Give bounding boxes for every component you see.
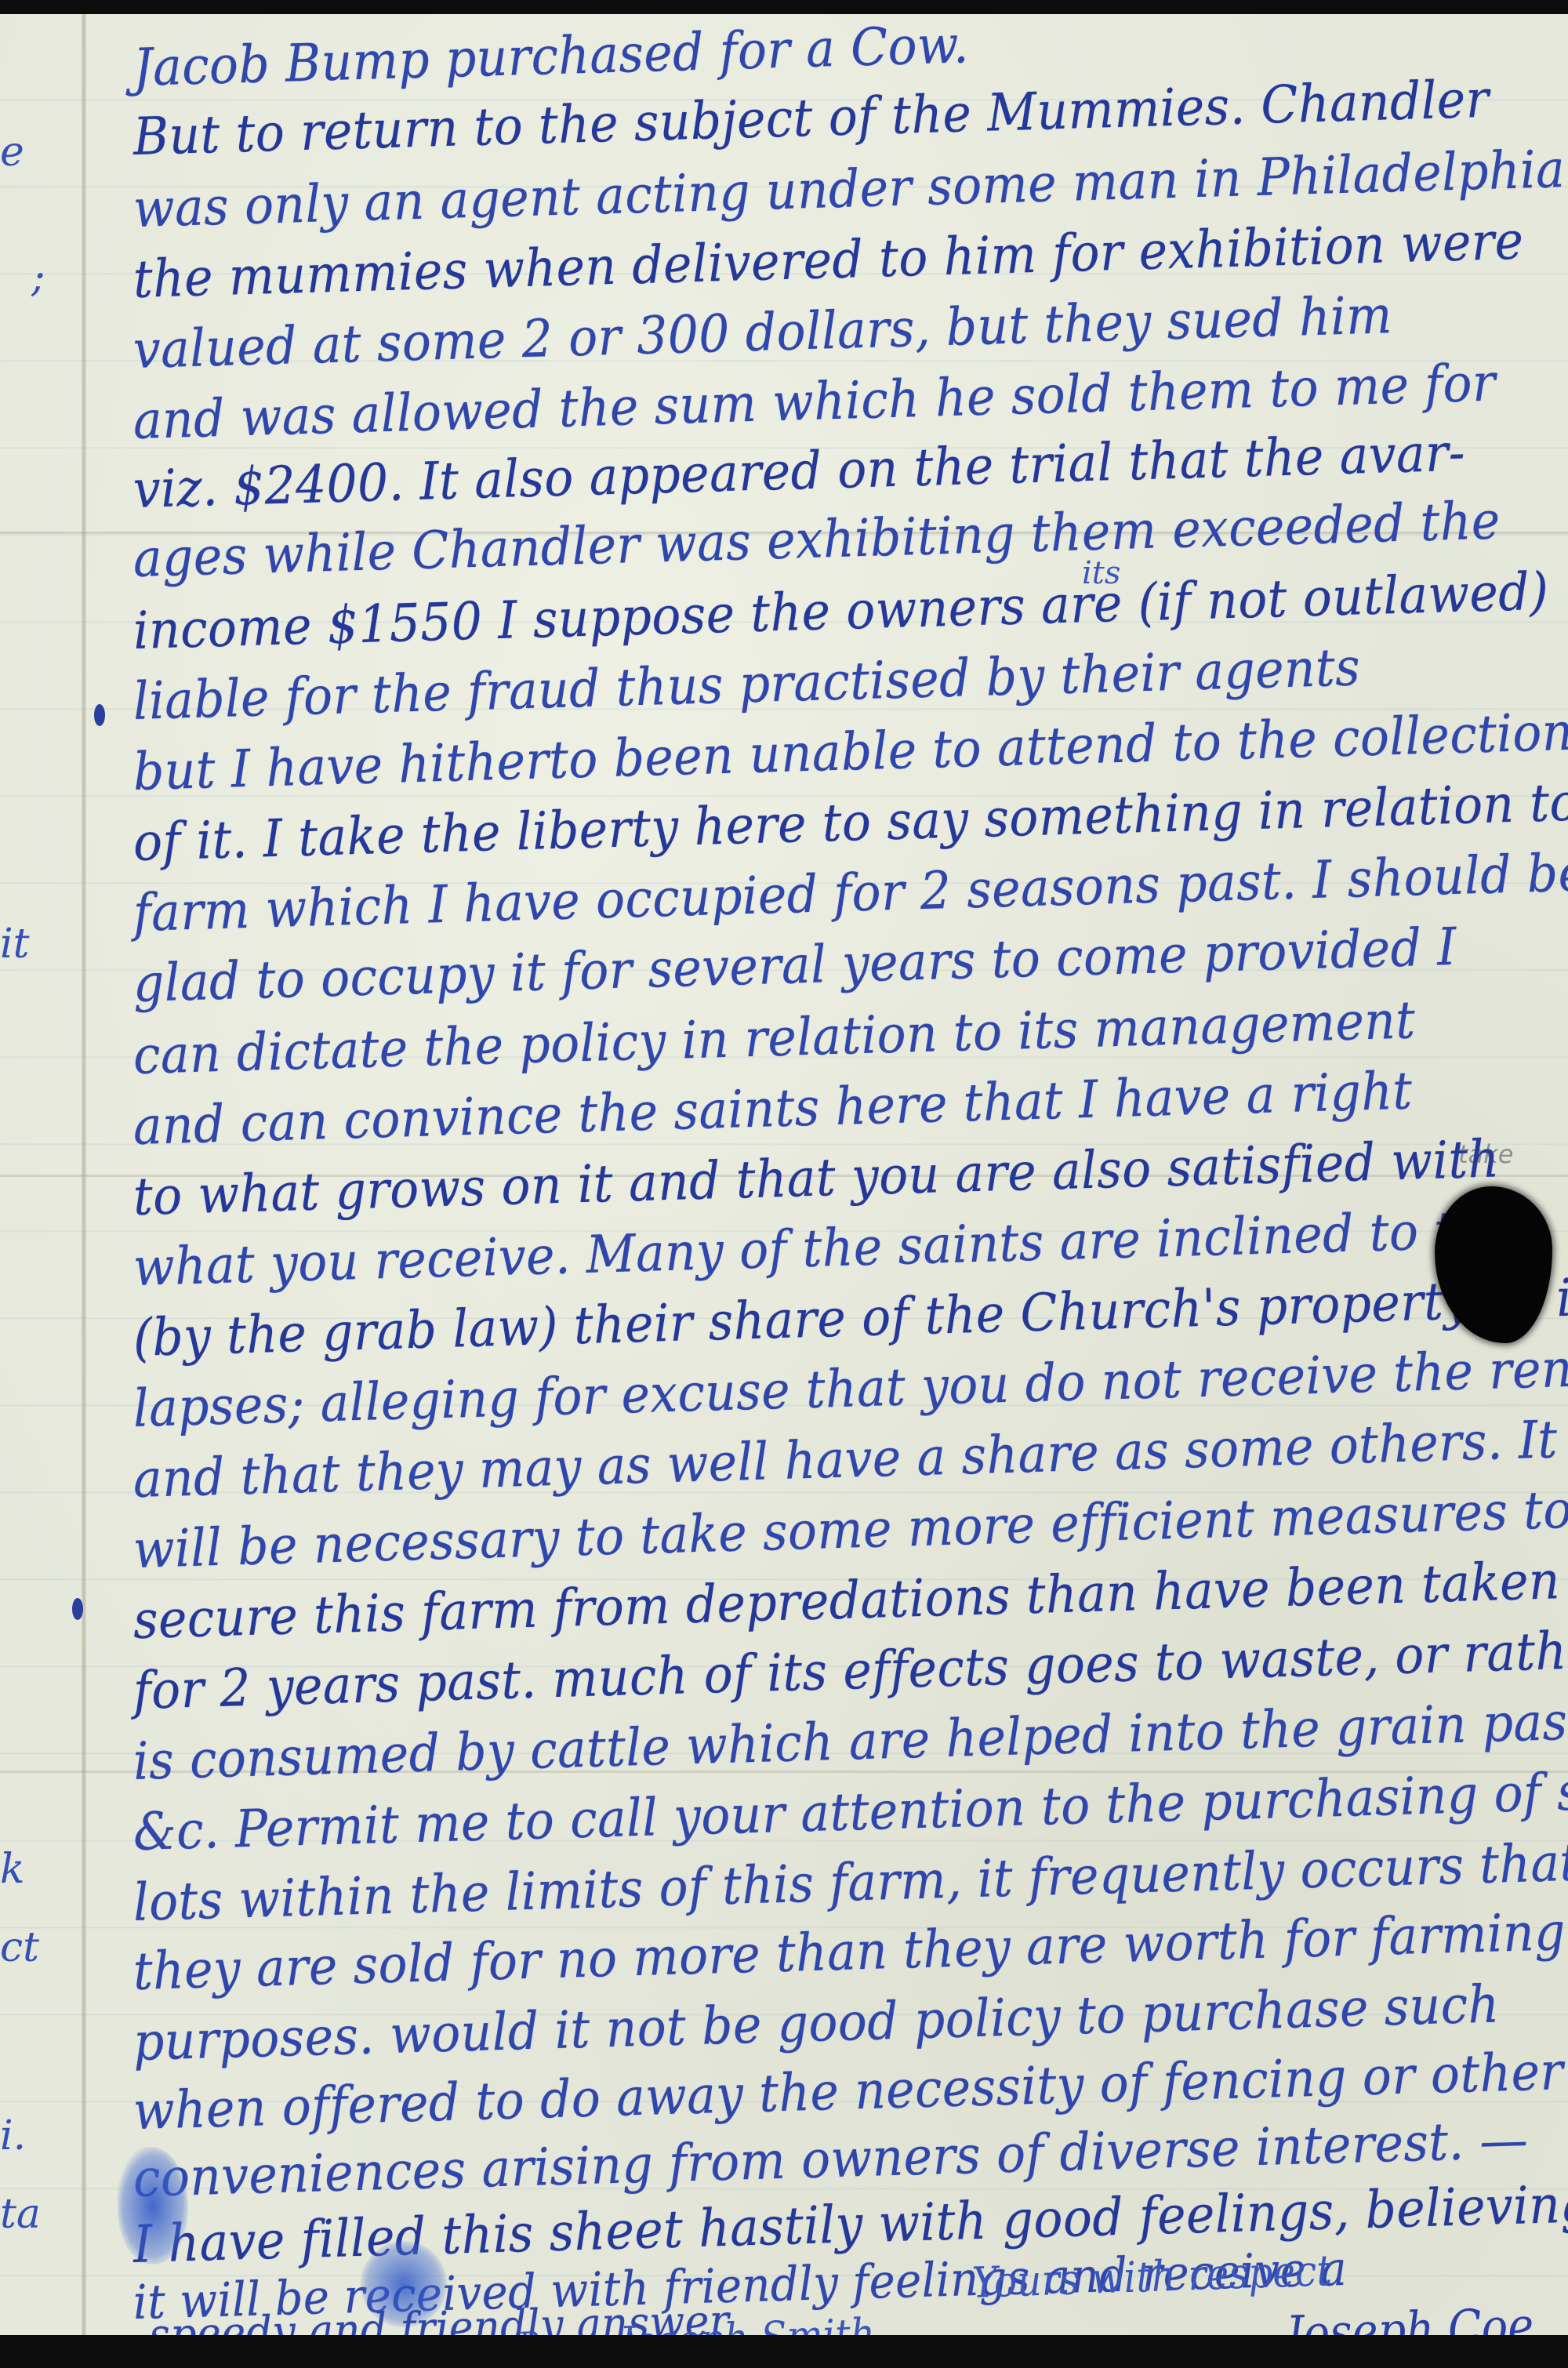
ink-dot	[94, 704, 105, 726]
scan-top-border	[0, 0, 1568, 14]
ink-dot	[72, 1598, 83, 1620]
letter-page: e ; it k ct i. ta Jacob Bump purchased f…	[0, 14, 1568, 2335]
letter-body: Jacob Bump purchased for a Cow. But to r…	[0, 14, 1568, 2335]
scan-bottom-border	[0, 2335, 1568, 2368]
